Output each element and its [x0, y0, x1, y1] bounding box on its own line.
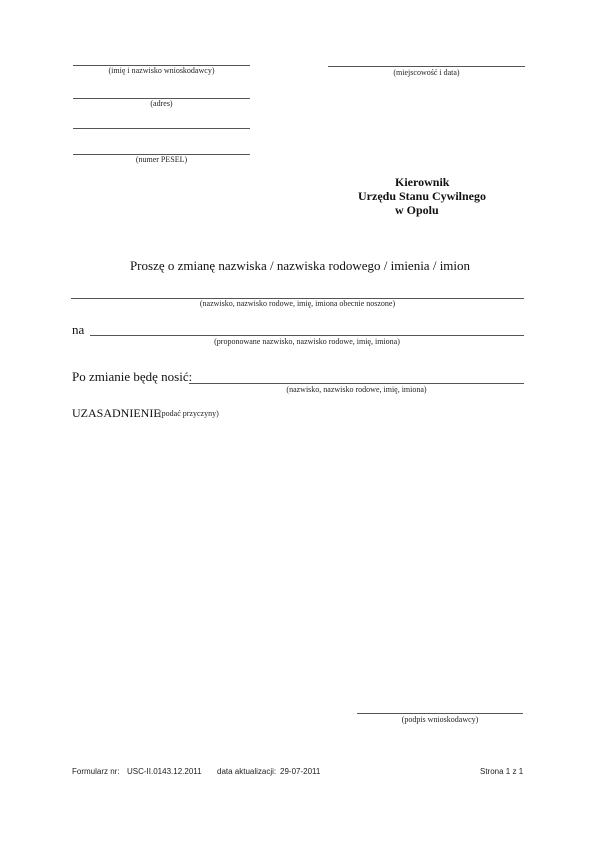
- page-number: Strona 1 z 1: [480, 767, 523, 776]
- proposed-name-caption: (proponowane nazwisko, nazwisko rodowe, …: [90, 337, 524, 346]
- address-line-2[interactable]: [73, 128, 250, 129]
- justification-hint: (podać przyczyny): [159, 409, 219, 418]
- pesel-caption: (numer PESEL): [73, 155, 250, 164]
- justification-label: UZASADNIENIE: [72, 406, 161, 421]
- after-change-label: Po zmianie będę nosić:: [72, 369, 192, 385]
- request-title: Proszę o zmianę nazwiska / nazwiska rodo…: [0, 258, 600, 274]
- place-date-line[interactable]: [328, 66, 525, 67]
- form-number: USC-II.0143.12.2011: [127, 767, 202, 776]
- current-name-caption: (nazwisko, nazwisko rodowe, imię, imiona…: [71, 299, 524, 308]
- after-change-line[interactable]: [189, 383, 524, 384]
- form-number-label: Formularz nr:: [72, 767, 120, 776]
- na-label: na: [72, 322, 84, 338]
- justification-area[interactable]: [72, 425, 524, 695]
- applicant-name-caption: (imię i nazwisko wnioskodawcy): [73, 66, 250, 75]
- address-caption: (adres): [73, 99, 250, 108]
- update-label: data aktualizacji:: [217, 767, 276, 776]
- addressee-line-2: Urzędu Stanu Cywilnego: [350, 189, 486, 203]
- update-date: 29-07-2011: [280, 767, 320, 776]
- signature-caption: (podpis wnioskodawcy): [357, 715, 523, 724]
- addressee-block: Kierownik Urzędu Stanu Cywilnego w Opolu: [350, 175, 486, 217]
- signature-line[interactable]: [357, 713, 523, 714]
- addressee-line-1: Kierownik: [350, 175, 486, 189]
- place-date-caption: (miejscowość i data): [328, 68, 525, 77]
- after-change-caption: (nazwisko, nazwisko rodowe, imię, imiona…: [189, 385, 524, 394]
- addressee-line-3: w Opolu: [350, 203, 486, 217]
- proposed-name-line[interactable]: [90, 335, 524, 336]
